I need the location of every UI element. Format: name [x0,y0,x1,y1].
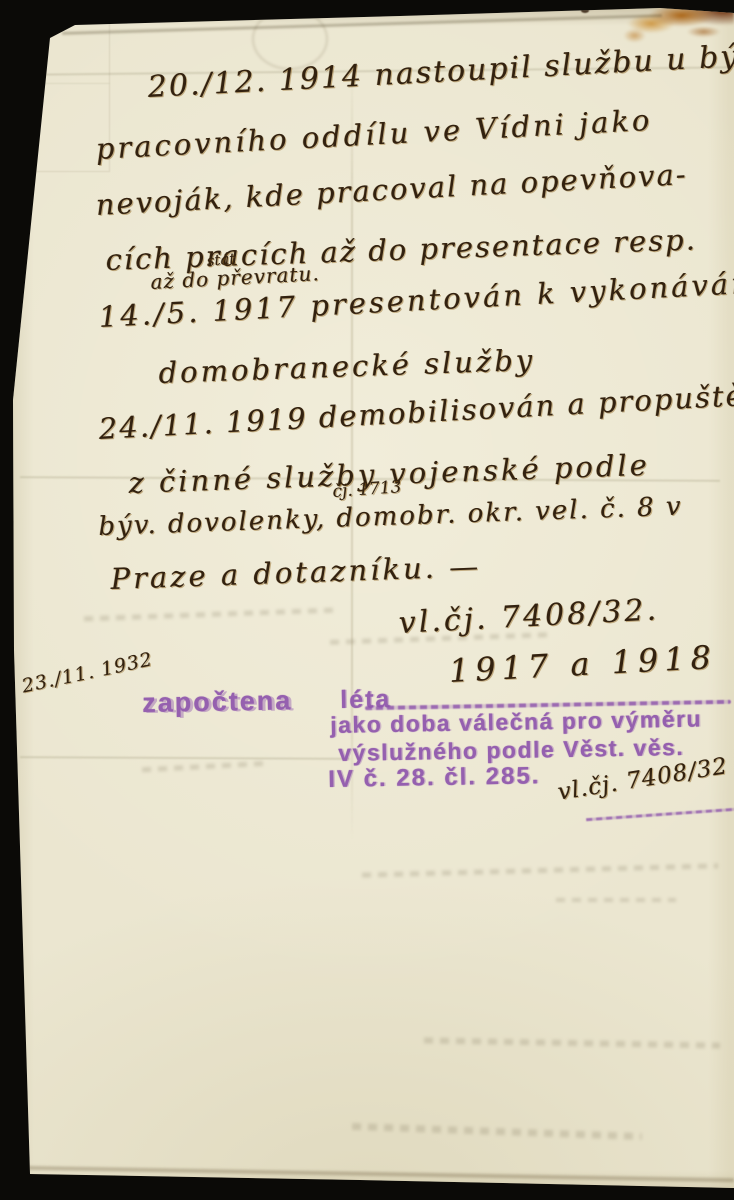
bleedthrough-smudge-3 [362,863,718,877]
stamp-line-4: IV č. 28. čl. 285. [328,762,541,794]
reference-number: vl.čj. 7408/32. [398,592,660,641]
manuscript-line-10: Praze a dotazníku. — [110,549,482,596]
margin-date-note: 23./11. 1932 [20,648,155,697]
paper-bottom-edge-shadow [22,1166,734,1182]
bleedthrough-table-box [0,0,110,172]
bleedthrough-smudge-7 [142,761,270,773]
bleedthrough-smudge-5 [424,1037,720,1048]
manuscript-line-3: nevoják, kde pracoval na opevňova- [95,157,688,222]
ink-speck [581,8,589,13]
paper-top-edge-shadow [62,14,662,35]
stamp-word-zapoctena: započtena [142,685,293,719]
bleedthrough-smudge-1 [84,608,334,622]
manuscript-line-9: býv. dovolenky, domobr. okr. vel. č. 8 v [98,492,683,542]
scan-background: 20./12. 1914 nastoupil službu u býv, pra… [0,0,734,1200]
manuscript-line-1: 20./12. 1914 nastoupil službu u býv, [147,38,734,105]
interline-insertion-number: čj. 1713 [332,477,402,502]
document-paper: 20./12. 1914 nastoupil službu u býv, pra… [0,0,734,1200]
manuscript-line-6: domobranecké služby [158,343,536,390]
bleedthrough-smudge-6 [352,1123,642,1140]
horizontal-crease-3 [20,756,350,760]
years-figure: 1917 a 1918 [448,638,718,690]
signature-underline [586,808,734,821]
manuscript-line-2: pracovního oddílu ve Vídni jako [95,103,653,166]
bleedthrough-smudge-4 [556,898,676,902]
